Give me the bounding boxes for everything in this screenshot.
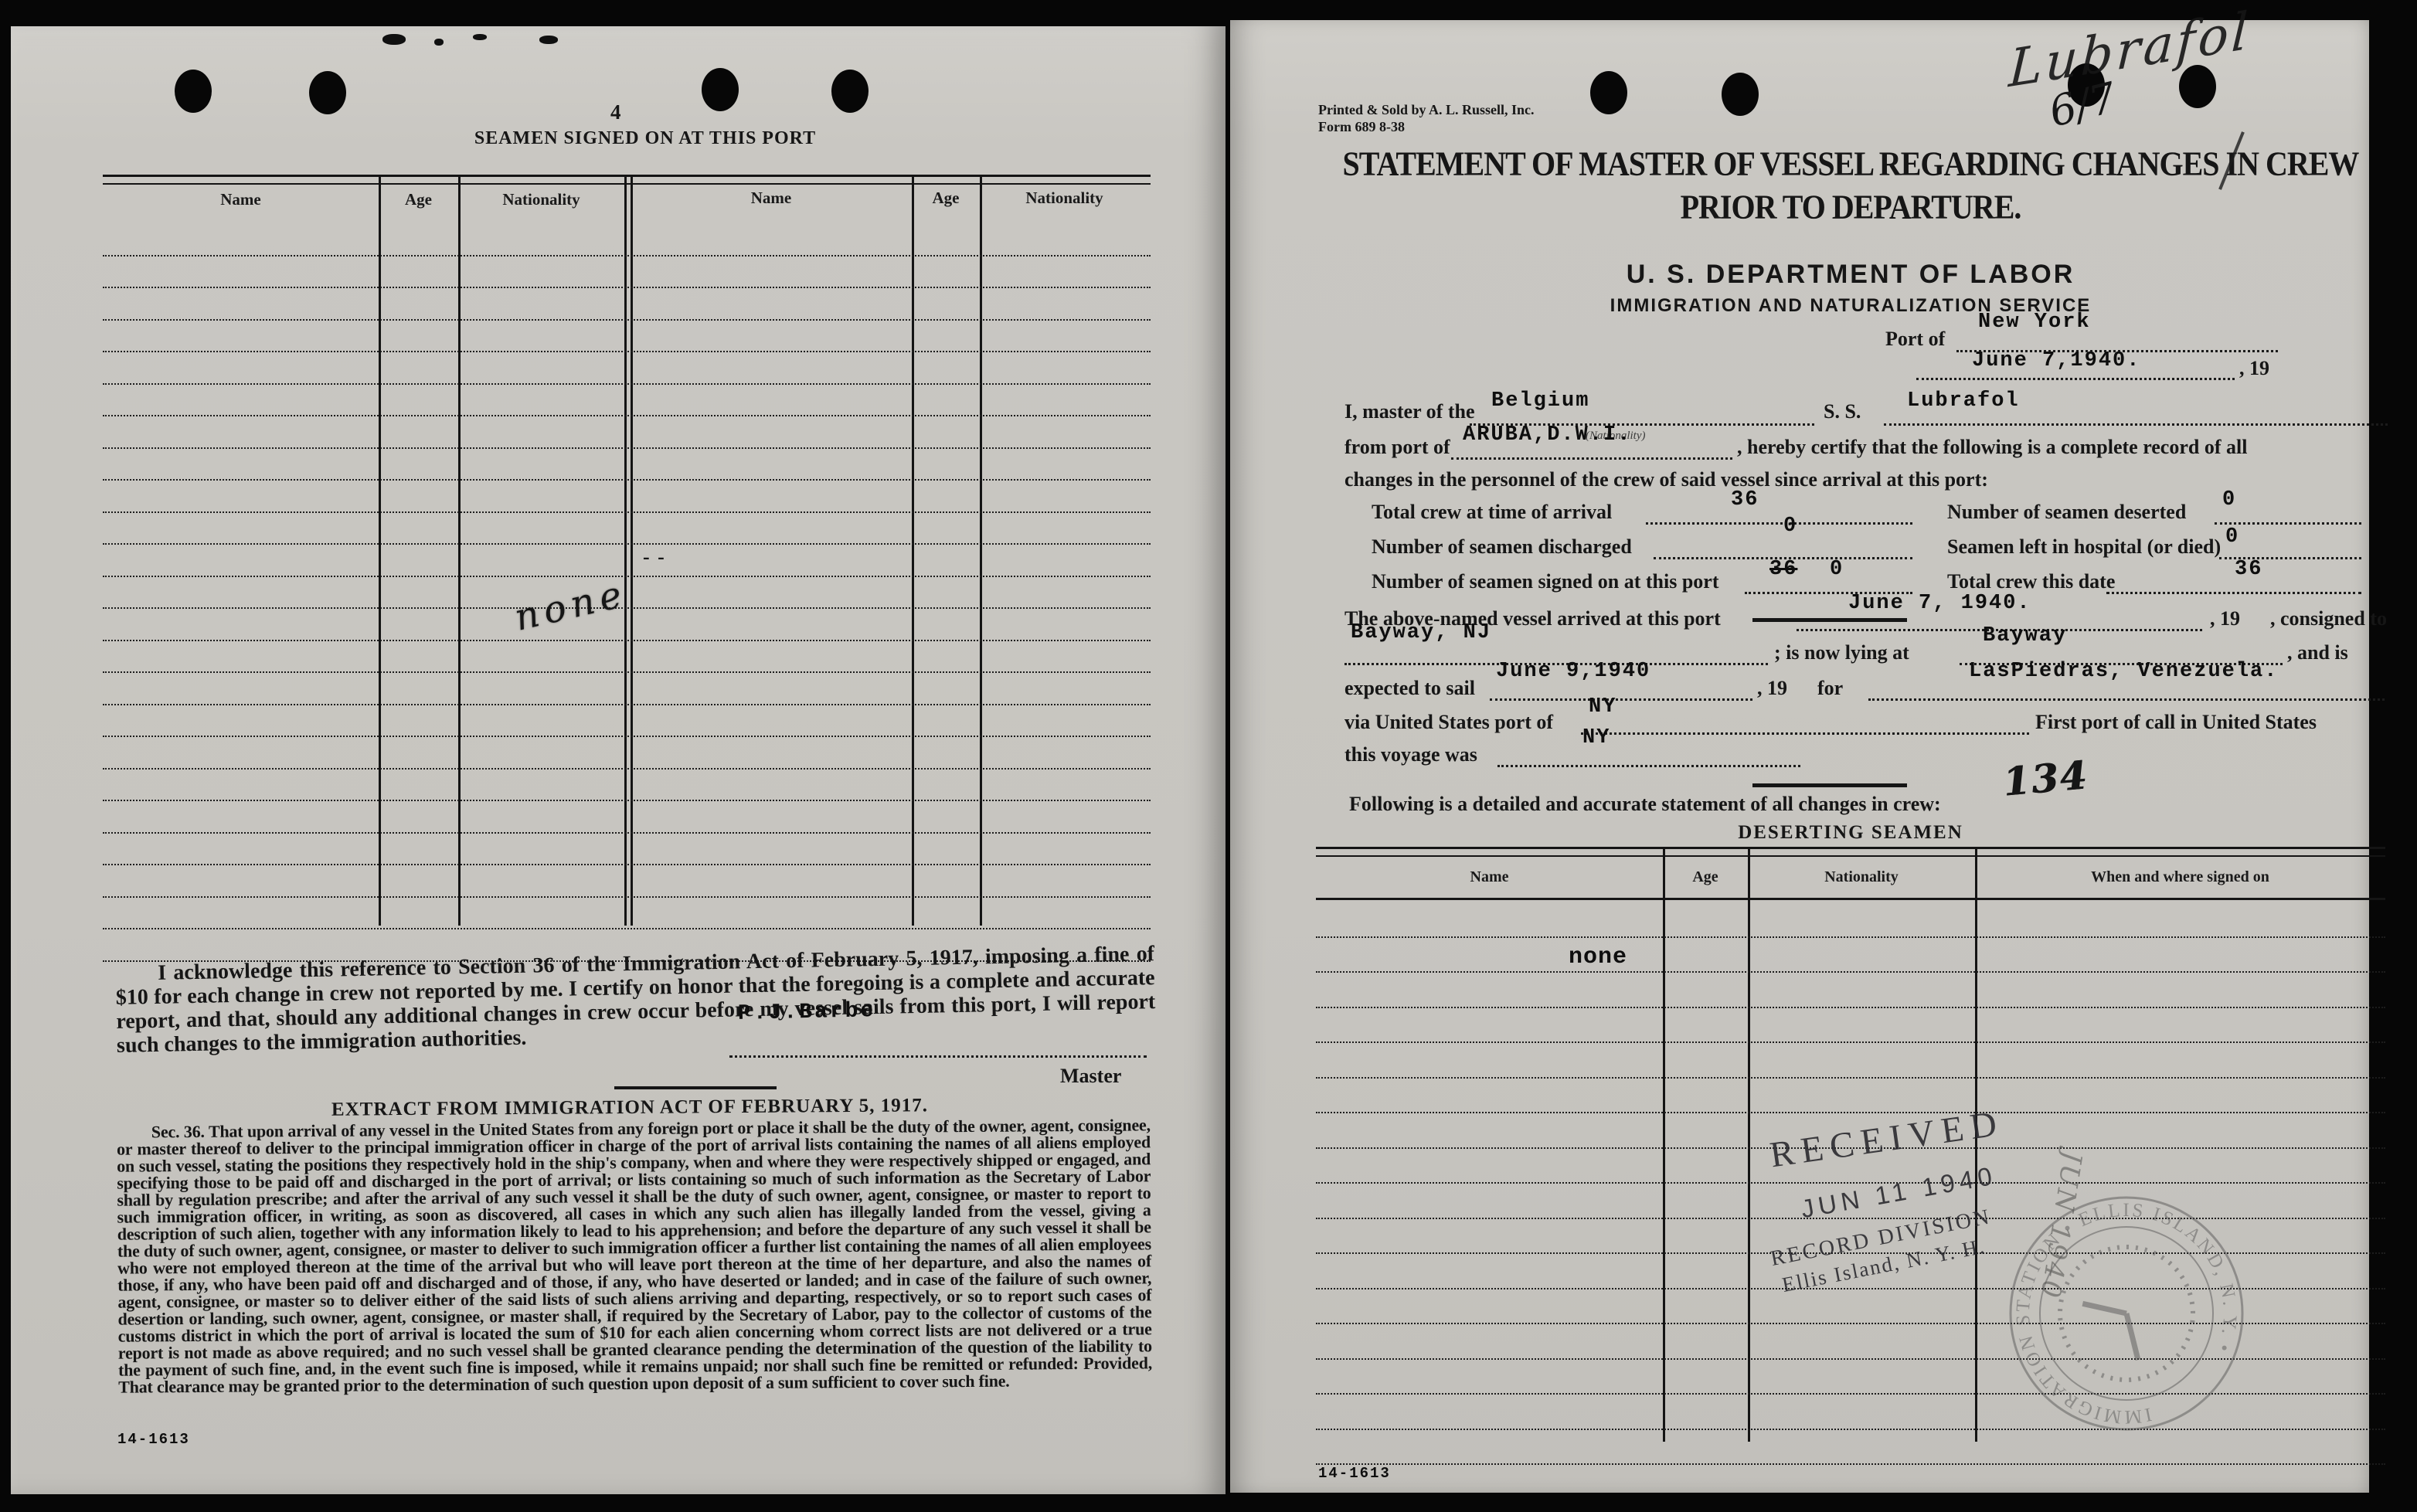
punch-hole [831, 70, 869, 113]
column-header-when-where: When and where signed on [1975, 868, 2385, 886]
column-header-nationality: Nationality [980, 189, 1149, 208]
stat-line [2215, 522, 2361, 525]
statement-date-line [1916, 378, 2235, 380]
voyage-line [1497, 765, 1800, 767]
left-page-title: SEAMEN SIGNED ON AT THIS PORT [340, 128, 950, 149]
signature-line [729, 1055, 1147, 1058]
column-header-name: Name [1316, 868, 1663, 886]
column-header-age: Age [379, 190, 458, 209]
hospital-value: 0 [2225, 525, 2239, 549]
port-of-label: Port of [1885, 328, 1945, 351]
via-label: via United States port of [1344, 711, 1553, 734]
table-row [103, 545, 1151, 577]
consignee-value: Bayway, NJ [1351, 621, 1491, 644]
form-number: 14-1613 [1318, 1465, 1391, 1482]
total-arrival-value: 36 [1731, 488, 1759, 511]
ink-speck [539, 36, 558, 44]
discharged-label: Number of seamen discharged [1372, 535, 1632, 559]
lying-label: ; is now lying at [1774, 641, 1909, 664]
header-rule [1316, 898, 2385, 900]
heading-separator [614, 1086, 777, 1089]
destination-line [1868, 698, 2385, 701]
total-date-label: Total crew this date [1947, 570, 2115, 593]
punch-hole [702, 68, 739, 111]
table-row [103, 352, 1151, 385]
from-port-line [1451, 457, 1732, 460]
table-top-rule [103, 175, 1151, 185]
signed-on-label: Number of seamen signed on at this port [1372, 570, 1718, 593]
form-title-line1: STATEMENT OF MASTER OF VESSEL REGARDING … [1337, 143, 2364, 184]
signed-on-value: 0 [1830, 558, 1844, 581]
total-date-value: 36 [2235, 558, 2262, 581]
table-row [103, 770, 1151, 802]
year-19: , 19 [2210, 607, 2240, 630]
table-row [1316, 1043, 2385, 1079]
table-top-rule [1316, 847, 2385, 857]
punch-hole [1590, 71, 1627, 114]
statement-date-value: June 7,1940. [1972, 349, 2140, 372]
handwritten-number: 134 [2001, 752, 2090, 804]
table-row [103, 865, 1151, 898]
table-row [103, 673, 1151, 705]
master-signature-typed: P.J.Barbe [738, 999, 876, 1026]
form-number: 14-1613 [117, 1431, 190, 1448]
stat-line [1646, 522, 1912, 525]
table-row [103, 513, 1151, 545]
vessel-name-value: Lubrafol [1907, 389, 2020, 413]
service-heading: IMMIGRATION AND NATURALIZATION SERVICE [1337, 295, 2364, 317]
table-row [103, 801, 1151, 834]
table-row [103, 481, 1151, 513]
column-header-name: Name [103, 190, 379, 209]
dash-marks: - - [643, 545, 666, 569]
deserting-title: DESERTING SEAMEN [1337, 822, 2364, 844]
port-of-value: New York [1978, 311, 2091, 334]
from-port-value: ARUBA,D.W.I. [1463, 423, 1631, 447]
ink-speck [434, 39, 444, 46]
printer-form-number: Form 689 8-38 [1318, 119, 1405, 135]
via-line [1581, 732, 2029, 735]
ink-speck [473, 34, 487, 40]
signature-role-label: Master [1060, 1065, 1121, 1088]
deserted-value: 0 [2222, 488, 2236, 511]
acknowledgment-paragraph: I acknowledge this reference to Section … [115, 942, 1156, 1058]
left-table-rows [103, 224, 1151, 962]
via-value: NY [1589, 695, 1616, 719]
table-row [103, 898, 1151, 930]
table-row [1316, 902, 2385, 938]
table-row [103, 321, 1151, 353]
punch-hole [175, 70, 212, 113]
year-19: , 19 [2239, 357, 2269, 380]
hospital-label: Seamen left in hospital (or died) [1947, 535, 2221, 559]
sail-line [1490, 698, 1752, 701]
ss-label: S. S. [1824, 400, 1861, 423]
table-row [1316, 1008, 2385, 1044]
section-separator [1752, 783, 1907, 787]
table-row [103, 416, 1151, 449]
table-row [1316, 973, 2385, 1008]
signed-on-struck-value: 36 [1769, 558, 1797, 581]
for-label: for [1817, 677, 1843, 700]
master-prefix-label: I, master of the [1344, 400, 1474, 423]
vessel-nationality-value: Belgium [1491, 389, 1589, 413]
column-header-nationality: Nationality [1748, 868, 1975, 886]
table-row [1316, 1079, 2385, 1114]
voyage-value: NY [1582, 726, 1610, 749]
punch-hole [309, 71, 346, 114]
table-row [103, 385, 1151, 417]
column-header-nationality: Nationality [458, 190, 624, 209]
discharged-value: 0 [1783, 515, 1797, 538]
table-row [103, 224, 1151, 257]
sail-label: expected to sail [1344, 677, 1475, 700]
department-heading: U. S. DEPARTMENT OF LABOR [1337, 260, 2364, 290]
column-header-age: Age [912, 189, 980, 208]
document-scan: 4 SEAMEN SIGNED ON AT THIS PORT Name Age… [0, 0, 2417, 1512]
table-row [103, 641, 1151, 674]
page-number: 4 [610, 100, 621, 124]
certify-text: , hereby certify that the following is a… [1737, 436, 2247, 459]
deserted-label: Number of seamen deserted [1947, 501, 2186, 524]
column-header-age: Age [1663, 868, 1748, 886]
table-row [103, 257, 1151, 289]
ink-speck [382, 34, 406, 45]
year-19: , 19 [1757, 677, 1787, 700]
from-port-label: from port of [1344, 436, 1450, 459]
table-row [1316, 1430, 2385, 1466]
voyage-label: this voyage was [1344, 743, 1477, 766]
table-row [103, 737, 1151, 770]
deserting-none-entry: none [1569, 944, 1627, 970]
table-row [103, 449, 1151, 481]
changes-line: changes in the personnel of the crew of … [1344, 468, 1988, 491]
column-header-name: Name [631, 189, 912, 208]
total-arrival-label: Total crew at time of arrival [1372, 501, 1612, 524]
table-row [1316, 938, 2385, 973]
sail-date-value: June 9,1940 [1496, 660, 1650, 683]
table-row [103, 288, 1151, 321]
printer-credit: Printed & Sold by A. L. Russell, Inc. [1318, 102, 1535, 118]
form-title-line2: PRIOR TO DEPARTURE. [1337, 186, 2364, 227]
punch-hole [1722, 73, 1759, 116]
punch-hole [2179, 65, 2216, 108]
extract-body: Sec. 36. That upon arrival of any vessel… [117, 1116, 1152, 1395]
section-separator [1752, 618, 1907, 622]
vessel-name-line [1884, 423, 2388, 426]
first-port-label: First port of call in United States [2035, 711, 2317, 734]
lying-value: Bayway [1983, 624, 2067, 647]
consigned-label: , consigned to [2270, 607, 2387, 630]
table-row [103, 834, 1151, 866]
and-is-label: , and is [2287, 641, 2348, 664]
destination-value: LasPiedras, Venezuela. [1969, 660, 2278, 683]
table-row [103, 705, 1151, 738]
stat-line [2106, 592, 2361, 594]
arrived-date-value: June 7, 1940. [1848, 592, 2031, 615]
following-line: Following is a detailed and accurate sta… [1349, 793, 1941, 816]
